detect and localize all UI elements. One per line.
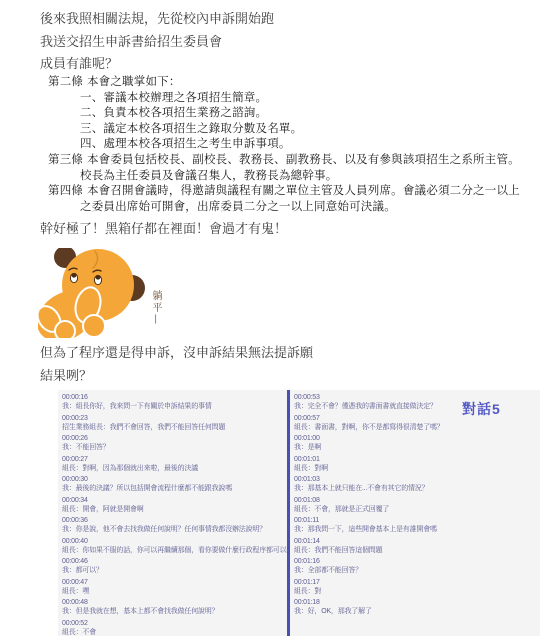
- entry-speech: 我：都可以？: [62, 566, 288, 575]
- entry-timestamp: 00:01:00: [294, 434, 536, 443]
- intro-line: 後來我照相關法規，先從校內申訴開始跑: [40, 8, 274, 31]
- middle-paragraph: 但為了程序還是得申訴，沒申訴結果無法提訴願 結果咧？: [40, 342, 313, 387]
- entry-speech: 組長：你如果不服的話，你可以再繼續那個，看你要做什麼行政程序都可以啊: [62, 546, 288, 555]
- transcript-entry: 00:01:08 組長：不會，那就是正式回覆了: [294, 496, 536, 514]
- comment-text: 幹好極了！黑箱仔都在裡面！會過才有鬼！: [40, 218, 287, 237]
- entry-speech: 組長：開會，阿就是開會啊: [62, 505, 288, 514]
- entry-speech: 我：最後的決議？所以包括開會流程什麼都不能跟我說嗎: [62, 484, 288, 493]
- transcript-entry: 00:00:48 我：但是我就在想，基本上都不會找我做任何說明？: [62, 598, 288, 616]
- entry-timestamp: 00:00:46: [62, 557, 288, 566]
- intro-line: 成員有誰呢？: [40, 53, 274, 76]
- entry-timestamp: 00:00:36: [62, 516, 288, 525]
- intro-paragraph: 後來我照相關法規，先從校內申訴開始跑 我送交招生申訴書給招生委員會 成員有誰呢？: [40, 8, 274, 76]
- regulation-line: 第四條 本會召開會議時，得邀請與議程有關之單位主管及人員列席。會議必須二分之一以…: [48, 183, 520, 199]
- regulation-line: 第二條 本會之職掌如下：: [48, 74, 520, 90]
- lying-bear-sticker: [38, 248, 150, 338]
- transcript-entry: 00:00:46 我：都可以？: [62, 557, 288, 575]
- transcript-entry: 00:00:23 招生業務組長：我們不會回答，我們不能回答任何問題: [62, 414, 288, 432]
- entry-speech: 組長：不會，那就是正式回覆了: [294, 505, 536, 514]
- post-page: 後來我照相關法規，先從校內申訴開始跑 我送交招生申訴書給招生委員會 成員有誰呢？…: [0, 0, 556, 640]
- transcript-entry: 00:00:30 我：最後的決議？所以包括開會流程什麼都不能跟我說嗎: [62, 475, 288, 493]
- entry-timestamp: 00:00:40: [62, 537, 288, 546]
- transcript-entry: 00:01:14 組長：我們不能回答這個問題: [294, 537, 536, 555]
- entry-timestamp: 00:00:34: [62, 496, 288, 505]
- middle-line: 但為了程序還是得申訴，沒申訴結果無法提訴願: [40, 342, 313, 365]
- transcript-entry: 00:00:16 我：組長你好，我來問一下有關於申訴結果的事情: [62, 393, 288, 411]
- transcript-entry: 00:01:16 我：全部都不能回答？: [294, 557, 536, 575]
- entry-timestamp: 00:00:23: [62, 414, 288, 423]
- transcript-right-column: 00:00:53 我：完全不會？僅憑我的書面書就直接做決定？ 00:00:57 …: [294, 390, 536, 636]
- bear-icon: [38, 248, 150, 338]
- entry-speech: 我：全部都不能回答？: [294, 566, 536, 575]
- entry-timestamp: 00:01:01: [294, 455, 536, 464]
- entry-timestamp: 00:00:26: [62, 434, 288, 443]
- transcript-entry: 00:00:27 組長：對啊，因為那個就出來啦，最後的決議: [62, 455, 288, 473]
- bear-paw: [83, 315, 105, 337]
- regulation-line: 二、負責本校各項招生業務之諮詢。: [80, 105, 520, 121]
- bear-pupil: [72, 274, 77, 278]
- transcript-entry: 00:00:36 我：你是說，他不會去找我做任何說明？任何事情我都沒辦法說明？: [62, 516, 288, 534]
- regulation-line: 四、處理本校各項招生之考生申訴事項。: [80, 136, 520, 152]
- entry-timestamp: 00:00:16: [62, 393, 288, 402]
- transcript-entry: 00:01:03 我：那基本上就只能在...不會有其它的情況？: [294, 475, 536, 493]
- transcript-entry: 00:01:00 我：是啊: [294, 434, 536, 452]
- regulation-quote: 第二條 本會之職掌如下： 一、審議本校辦理之各項招生簡章。 二、負責本校各項招生…: [48, 74, 520, 214]
- entry-timestamp: 00:01:11: [294, 516, 536, 525]
- entry-timestamp: 00:00:30: [62, 475, 288, 484]
- entry-timestamp: 00:00:27: [62, 455, 288, 464]
- entry-speech: 組長：對啊，因為那個就出來啦，最後的決議: [62, 464, 288, 473]
- transcript-panel: 00:00:16 我：組長你好，我來問一下有關於申訴結果的事情 00:00:23…: [58, 390, 540, 636]
- transcript-entry: 00:00:40 組長：你如果不服的話，你可以再繼續那個，看你要做什麼行政程序都…: [62, 537, 288, 555]
- transcript-entry: 00:00:26 我：不能回答？: [62, 434, 288, 452]
- entry-speech: 組長：我們不能回答這個問題: [294, 546, 536, 555]
- entry-speech: 組長：對: [294, 587, 536, 596]
- entry-timestamp: 00:01:14: [294, 537, 536, 546]
- entry-timestamp: 00:01:16: [294, 557, 536, 566]
- dialogue-number-label: 對話5: [462, 399, 501, 419]
- transcript-entry: 00:00:47 組長：嘿: [62, 578, 288, 596]
- entry-timestamp: 00:00:47: [62, 578, 288, 587]
- column-divider: [287, 390, 290, 636]
- entry-speech: 我：組長你好，我來問一下有關於申訴結果的事情: [62, 402, 288, 411]
- entry-timestamp: 00:01:17: [294, 578, 536, 587]
- regulation-line: 一、審議本校辦理之各項招生簡章。: [80, 90, 520, 106]
- sticker-caption: 躺平—: [148, 290, 163, 326]
- entry-speech: 招生業務組長：我們不會回答，我們不能回答任何問題: [62, 423, 288, 432]
- entry-speech: 我：那我問一下，這些開會基本上是有誰開會嗎: [294, 525, 536, 534]
- regulation-line: 三、議定本校各項招生之錄取分數及名單。: [80, 121, 520, 137]
- entry-speech: 組長：不會: [62, 628, 288, 637]
- entry-speech: 我：但是我就在想，基本上都不會找我做任何說明？: [62, 607, 288, 616]
- bear-foot: [55, 321, 75, 338]
- transcript-entry: 00:01:11 我：那我問一下，這些開會基本上是有誰開會嗎: [294, 516, 536, 534]
- transcript-entry: 00:01:01 組長：對啊: [294, 455, 536, 473]
- entry-speech: 我：是啊: [294, 443, 536, 452]
- transcript-left-column: 00:00:16 我：組長你好，我來問一下有關於申訴結果的事情 00:00:23…: [62, 390, 288, 636]
- regulation-line: 之委員出席始可開會，出席委員二分之一以上同意始可決議。: [80, 199, 520, 215]
- transcript-entry: 00:00:34 組長：開會，阿就是開會啊: [62, 496, 288, 514]
- entry-speech: 組長：書面書，對啊，你不是都寫得很清楚了嗎？: [294, 423, 536, 432]
- regulation-line: 第三條 本會委員包括校長、副校長、教務長、副教務長、以及有參與該項招生之系所主管…: [48, 152, 520, 168]
- entry-speech: 我：你是說，他不會去找我做任何說明？任何事情我都沒辦法說明？: [62, 525, 288, 534]
- entry-timestamp: 00:00:48: [62, 598, 288, 607]
- entry-timestamp: 00:01:03: [294, 475, 536, 484]
- entry-speech: 我：不能回答？: [62, 443, 288, 452]
- transcript-entry: 00:00:52 組長：不會: [62, 619, 288, 637]
- entry-timestamp: 00:01:08: [294, 496, 536, 505]
- entry-timestamp: 00:01:18: [294, 598, 536, 607]
- entry-speech: 組長：對啊: [294, 464, 536, 473]
- transcript-entry: 00:01:17 組長：對: [294, 578, 536, 596]
- entry-timestamp: 00:00:52: [62, 619, 288, 628]
- middle-line: 結果咧？: [40, 365, 313, 388]
- regulation-line: 校長為主任委員及會議召集人，教務長為總幹事。: [80, 168, 520, 184]
- transcript-entry: 00:01:18 我：好，OK，那我了解了: [294, 598, 536, 616]
- bear-pupil: [96, 276, 101, 280]
- entry-speech: 組長：嘿: [62, 587, 288, 596]
- intro-line: 我送交招生申訴書給招生委員會: [40, 31, 274, 54]
- entry-speech: 我：那基本上就只能在...不會有其它的情況？: [294, 484, 536, 493]
- entry-speech: 我：好，OK，那我了解了: [294, 607, 536, 616]
